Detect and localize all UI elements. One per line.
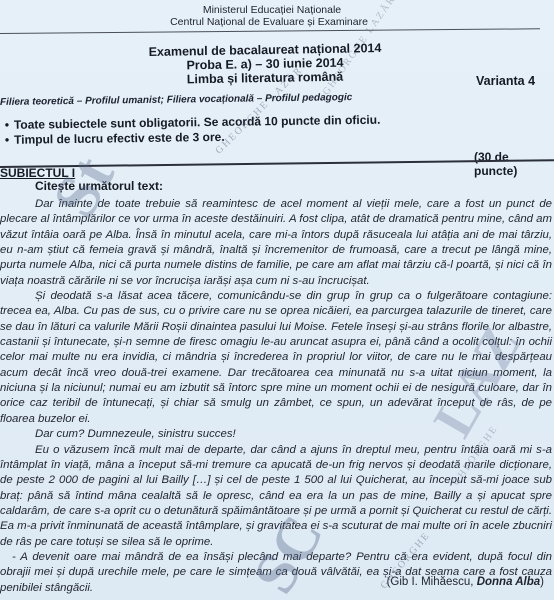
exam-profile: Filiera teoretică – Profilul umanist; Fi… [0, 92, 352, 108]
excerpt-source: (Gib I. Mihăescu, Donna Alba) [387, 576, 544, 588]
section-prompt: Citește următorul text: [35, 179, 163, 193]
excerpt-paragraph: - A devenit oare mai mândră de ea însăși… [0, 550, 552, 596]
section-divider [0, 159, 554, 167]
excerpt-paragraph: Dar înainte de toate trebuie să reaminte… [0, 197, 552, 289]
section-title: SUBIECTUL I [0, 166, 75, 180]
exam-page: Ministerul Educației Naționale Centrul N… [0, 0, 554, 600]
section-points: (30 de puncte) [474, 150, 554, 178]
excerpt-paragraph: Eu o văzusem încă mult mai de departe, d… [0, 443, 552, 550]
excerpt-paragraph: Și deodată s-a lăsat acea tăcere, comuni… [0, 289, 552, 427]
header-divider [0, 28, 540, 34]
instructions-list: •Toate subiectele sunt obligatorii. Se a… [0, 113, 381, 148]
excerpt-paragraph: Dar cum? Dumnezeule, sinistru succes! [0, 427, 552, 442]
ministry-name: Ministerul Educației Naționale [0, 4, 549, 16]
evaluation-center-name: Centrul Național de Evaluare și Examinar… [0, 16, 546, 28]
literary-excerpt: Dar înainte de toate trebuie să reaminte… [0, 197, 552, 596]
source-title: Donna Alba [477, 576, 540, 588]
bullet-icon: • [0, 118, 14, 133]
exam-variant: Varianta 4 [476, 74, 535, 88]
bullet-icon: • [0, 133, 14, 148]
